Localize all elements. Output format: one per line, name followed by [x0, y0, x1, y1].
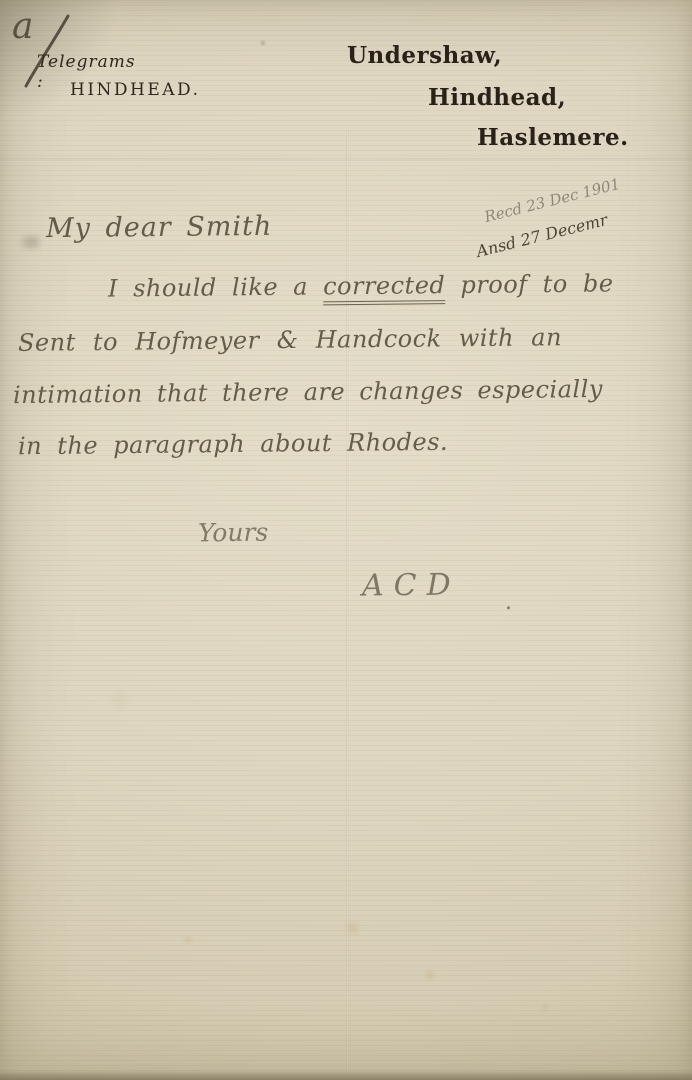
- body-line-1-pre: I should like a: [108, 272, 323, 302]
- page-vignette: [0, 0, 692, 1080]
- signature-period: .: [505, 590, 512, 615]
- salutation: My dear Smith: [46, 211, 273, 244]
- address-line-hindhead: Hindhead,: [428, 84, 566, 111]
- body-line-1-post: proof to be: [445, 269, 613, 299]
- underlined-word-corrected: corrected: [323, 271, 446, 305]
- bottom-edge-shadow: [0, 1070, 692, 1080]
- closing-yours: Yours: [198, 518, 269, 548]
- body-line-1: I should like a corrected proof to be: [108, 269, 614, 302]
- paper-texture: [0, 0, 692, 1080]
- telegrams-address: HINDHEAD.: [70, 80, 201, 100]
- body-line-3: intimation that there are changes especi…: [13, 375, 603, 409]
- horizontal-fold-crease: [0, 158, 692, 162]
- body-line-4: in the paragraph about Rhodes.: [18, 428, 448, 461]
- body-line-2: Sent to Hofmeyer & Handcock with an: [18, 323, 562, 357]
- address-line-undershaw: Undershaw,: [347, 42, 502, 69]
- letter-page: a Telegrams : HINDHEAD. Undershaw, Hindh…: [0, 0, 692, 1080]
- address-line-haslemere: Haslemere.: [477, 124, 629, 151]
- signature-acd: ACD: [362, 567, 461, 603]
- ink-smudge: [22, 236, 40, 248]
- paper-stains: [0, 0, 692, 1080]
